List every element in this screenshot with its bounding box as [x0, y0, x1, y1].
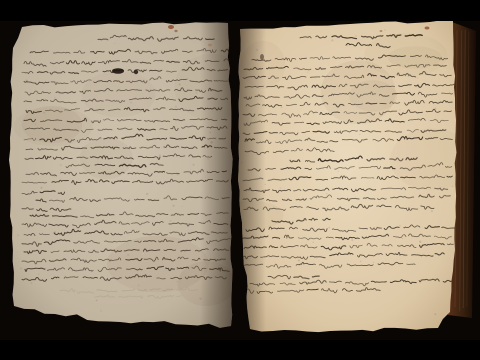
- manuscript-photo: [0, 0, 480, 360]
- gutter-shadow-left: [200, 22, 233, 328]
- letterbox-top-bar: [0, 0, 480, 21]
- video-still-frame: [0, 0, 480, 360]
- letterbox-bottom-bar: [0, 340, 480, 360]
